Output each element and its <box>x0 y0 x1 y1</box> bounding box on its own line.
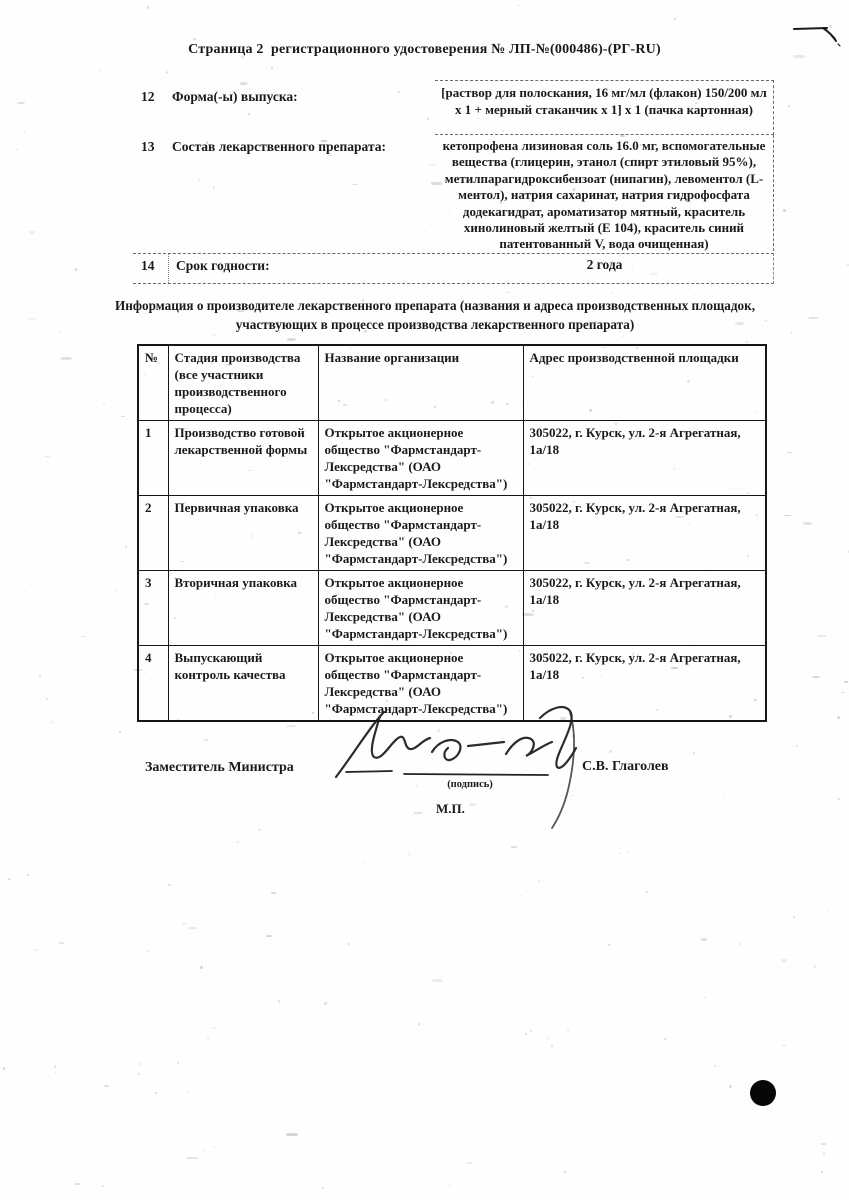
cell-organization: Открытое акционерное общество "Фармстанд… <box>318 646 523 722</box>
cell-number: 1 <box>138 421 168 496</box>
table-row: 4 Выпускающий контроль качества Открытое… <box>138 646 766 722</box>
item-13-value: кетопрофена лизиновая соль 16.0 мг, вспо… <box>435 135 774 256</box>
table-row: 2 Первичная упаковка Открытое акционерно… <box>138 496 766 571</box>
cell-number: 4 <box>138 646 168 722</box>
cell-address: 305022, г. Курск, ул. 2-я Агрегатная, 1а… <box>523 646 766 722</box>
item-14-divider <box>168 254 169 283</box>
cell-number: 2 <box>138 496 168 571</box>
signature-caption: (подпись) <box>420 779 520 790</box>
cell-address: 305022, г. Курск, ул. 2-я Агрегатная, 1а… <box>523 421 766 496</box>
cell-number: 3 <box>138 571 168 646</box>
cell-stage: Выпускающий контроль качества <box>168 646 318 722</box>
signer-position-title: Заместитель Министра <box>145 760 294 776</box>
table-row: 3 Вторичная упаковка Открытое акционерно… <box>138 571 766 646</box>
header-cell-number: № <box>138 345 168 421</box>
manufacturer-info-heading: Информация о производителе лекарственног… <box>105 297 765 334</box>
item-13-number: 13 <box>141 139 155 155</box>
cell-stage: Первичная упаковка <box>168 496 318 571</box>
cell-address: 305022, г. Курск, ул. 2-я Агрегатная, 1а… <box>523 496 766 571</box>
item-12-value: [раствор для полоскания, 16 мг/мл (флако… <box>435 80 774 135</box>
cell-address: 305022, г. Курск, ул. 2-я Агрегатная, 1а… <box>523 571 766 646</box>
table-header-row: № Стадия производства (все участники про… <box>138 345 766 421</box>
header-cell-address: Адрес производственной площадки <box>523 345 766 421</box>
header-cell-organization: Название организации <box>318 345 523 421</box>
item-14-row: 14 Срок годности: 2 года <box>133 253 774 284</box>
table-row: 1 Производство готовой лекарственной фор… <box>138 421 766 496</box>
punch-hole-dot <box>750 1080 776 1106</box>
item-12-number: 12 <box>141 89 155 105</box>
item-14-value: 2 года <box>435 257 774 273</box>
item-14-label: Срок годности: <box>176 258 270 274</box>
cell-organization: Открытое акционерное общество "Фармстанд… <box>318 421 523 496</box>
signer-name: С.В. Глаголев <box>582 759 669 775</box>
item-13-label: Состав лекарственного препарата: <box>172 139 386 155</box>
item-14-number: 14 <box>141 258 155 274</box>
cell-organization: Открытое акционерное общество "Фармстанд… <box>318 571 523 646</box>
header-cell-stage: Стадия производства (все участники произ… <box>168 345 318 421</box>
stamp-placeholder-label: М.П. <box>436 801 465 817</box>
signature-line <box>346 771 548 775</box>
cell-stage: Производство готовой лекарственной формы <box>168 421 318 496</box>
page-header: Страница 2 регистрационного удостоверени… <box>0 42 849 58</box>
item-12-label: Форма(-ы) выпуска: <box>172 89 298 105</box>
cell-organization: Открытое акционерное общество "Фармстанд… <box>318 496 523 571</box>
scanned-document-page: Страница 2 регистрационного удостоверени… <box>0 0 849 1200</box>
cell-stage: Вторичная упаковка <box>168 571 318 646</box>
manufacturer-table: № Стадия производства (все участники про… <box>137 344 767 722</box>
item-values-column: [раствор для полоскания, 16 мг/мл (флако… <box>435 80 774 256</box>
